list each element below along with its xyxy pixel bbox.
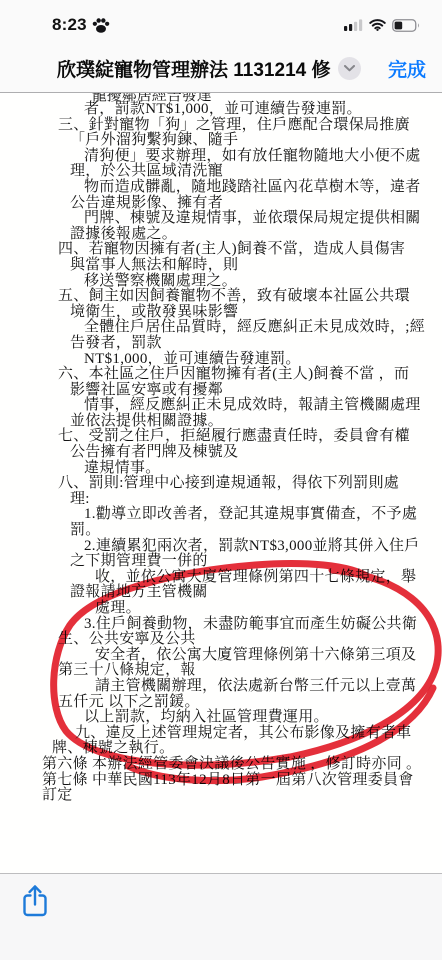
- nav-bar: 欣璞綻寵物管理辦法 1131214 修 完成: [0, 44, 442, 92]
- title-menu-button[interactable]: [338, 57, 361, 80]
- doc-line: 七、受罰之住戶，拒絕履行應盡責任時，委員會有權: [0, 429, 442, 445]
- doc-line: 2.連續累犯兩次者，罰款NT$3,000並將其併入住戶: [0, 539, 442, 555]
- doc-line: 三、針對寵物「狗」之管理，住戶應配合環保局推廣: [0, 118, 442, 134]
- doc-line: 者，罰款NT$1,000，並可連續告發連罰。: [0, 102, 442, 118]
- doc-line: 第七條 中華民國113年12月8日第一屆第八次管理委員會: [0, 773, 442, 789]
- doc-line: 物而造成髒亂，隨地踐踏社區內花草樹木等，違者: [0, 180, 442, 196]
- doc-line: 處理。: [0, 601, 442, 617]
- doc-line: 「戶外溜狗繫狗鍊、隨手: [0, 133, 442, 149]
- share-icon: [20, 883, 50, 919]
- doc-line: 訂定: [0, 788, 442, 804]
- title-group: 欣璞綻寵物管理辦法 1131214 修: [57, 44, 361, 92]
- doc-line: 第三十八條規定，報: [0, 663, 442, 679]
- doc-line: 六、本社區之住戶因寵物擁有者(主人)飼養不當 ，而: [0, 367, 442, 383]
- document-lines: 者，罰款NT$1,000，並可連續告發連罰。三、針對寵物「狗」之管理，住戶應配合…: [0, 102, 442, 804]
- doc-line: 之下期管理費一併的: [0, 554, 442, 570]
- doc-line: 以上罰款，均納入社區管理費運用。: [0, 710, 442, 726]
- doc-line: 收，並依公寓大廈管理條例第四十七條規定，舉: [0, 570, 442, 586]
- doc-line: 1.勸導立即改善者，登記其違規事實備查，不予處: [0, 507, 442, 523]
- battery-icon: [392, 19, 420, 32]
- doc-line: 與當事人無法和解時，則: [0, 258, 442, 274]
- doc-line: 移送警察機關處理之。: [0, 274, 442, 290]
- doc-line: NT$1,000，並可連續告發連罰。: [0, 352, 442, 368]
- doc-line: 五、飼主如因飼養寵物不善，致有破壞本社區公共環: [0, 289, 442, 305]
- chevron-down-icon: [344, 65, 355, 72]
- wifi-icon: [369, 19, 386, 31]
- document-title: 欣璞綻寵物管理辦法 1131214 修: [57, 55, 330, 82]
- doc-line: 告發者，罰款: [0, 336, 442, 352]
- done-button[interactable]: 完成: [385, 44, 429, 92]
- status-bar: 8:23: [0, 0, 442, 44]
- doc-line: 五仟元 以下之罰鍰。: [0, 695, 442, 711]
- doc-line: 理，於公共區域清洗寵: [0, 164, 442, 180]
- doc-line: 證據後報處之。: [0, 227, 442, 243]
- doc-line: 3.住戶飼養動物，未盡防範事宜而產生妨礙公共衛: [0, 617, 442, 633]
- doc-line: 八、罰則:管理中心接到違規通報，得依下列罰則處: [0, 476, 442, 492]
- iphone-screen: 8:23: [0, 0, 442, 960]
- doc-line: 證報請地方主管機關: [0, 585, 442, 601]
- doc-line: 牌、棟號之執行。: [0, 741, 442, 757]
- share-button[interactable]: [20, 883, 50, 922]
- doc-line: 第六條 本辦法經管委會決議後公告實施 ，修訂時亦同 。: [0, 757, 442, 773]
- doc-line: 門牌、棟號及違規情事，並依環保局規定提供相關: [0, 211, 442, 227]
- status-right: [344, 19, 420, 32]
- paw-icon: [92, 17, 110, 34]
- document-page[interactable]: 寵擾鄰居經告發達 者，罰款NT$1,000，並可連續告發連罰。三、針對寵物「狗」…: [0, 93, 442, 873]
- doc-line: 影響社區安寧或有擾鄰: [0, 383, 442, 399]
- status-time: 8:23: [52, 15, 87, 35]
- bottom-toolbar: [0, 873, 442, 960]
- cellular-signal-icon: [344, 19, 363, 31]
- doc-line: 公告擁有者門牌及棟號及: [0, 445, 442, 461]
- doc-line: 罰。: [0, 523, 442, 539]
- doc-line: 情事，經反應糾正未見成效時，報請主管機關處理: [0, 398, 442, 414]
- doc-line: 全體住戶居住品質時，經反應糾正未見成效時，;經: [0, 320, 442, 336]
- doc-line: 四、若寵物因擁有者(主人)飼養不當，造成人員傷害: [0, 242, 442, 258]
- doc-line: 公告違規影像、擁有者: [0, 196, 442, 212]
- doc-line: 生、公共安寧及公共: [0, 632, 442, 648]
- doc-line: 違規情事。: [0, 461, 442, 477]
- doc-line: 九、違反上述管理規定者，其公布影像及擁有者車: [0, 726, 442, 742]
- doc-line: 境衛生，或散發異味影響: [0, 305, 442, 321]
- doc-line: 請主管機關辦理，依法處新台幣三仟元以上壹萬: [0, 679, 442, 695]
- status-left: 8:23: [52, 15, 110, 35]
